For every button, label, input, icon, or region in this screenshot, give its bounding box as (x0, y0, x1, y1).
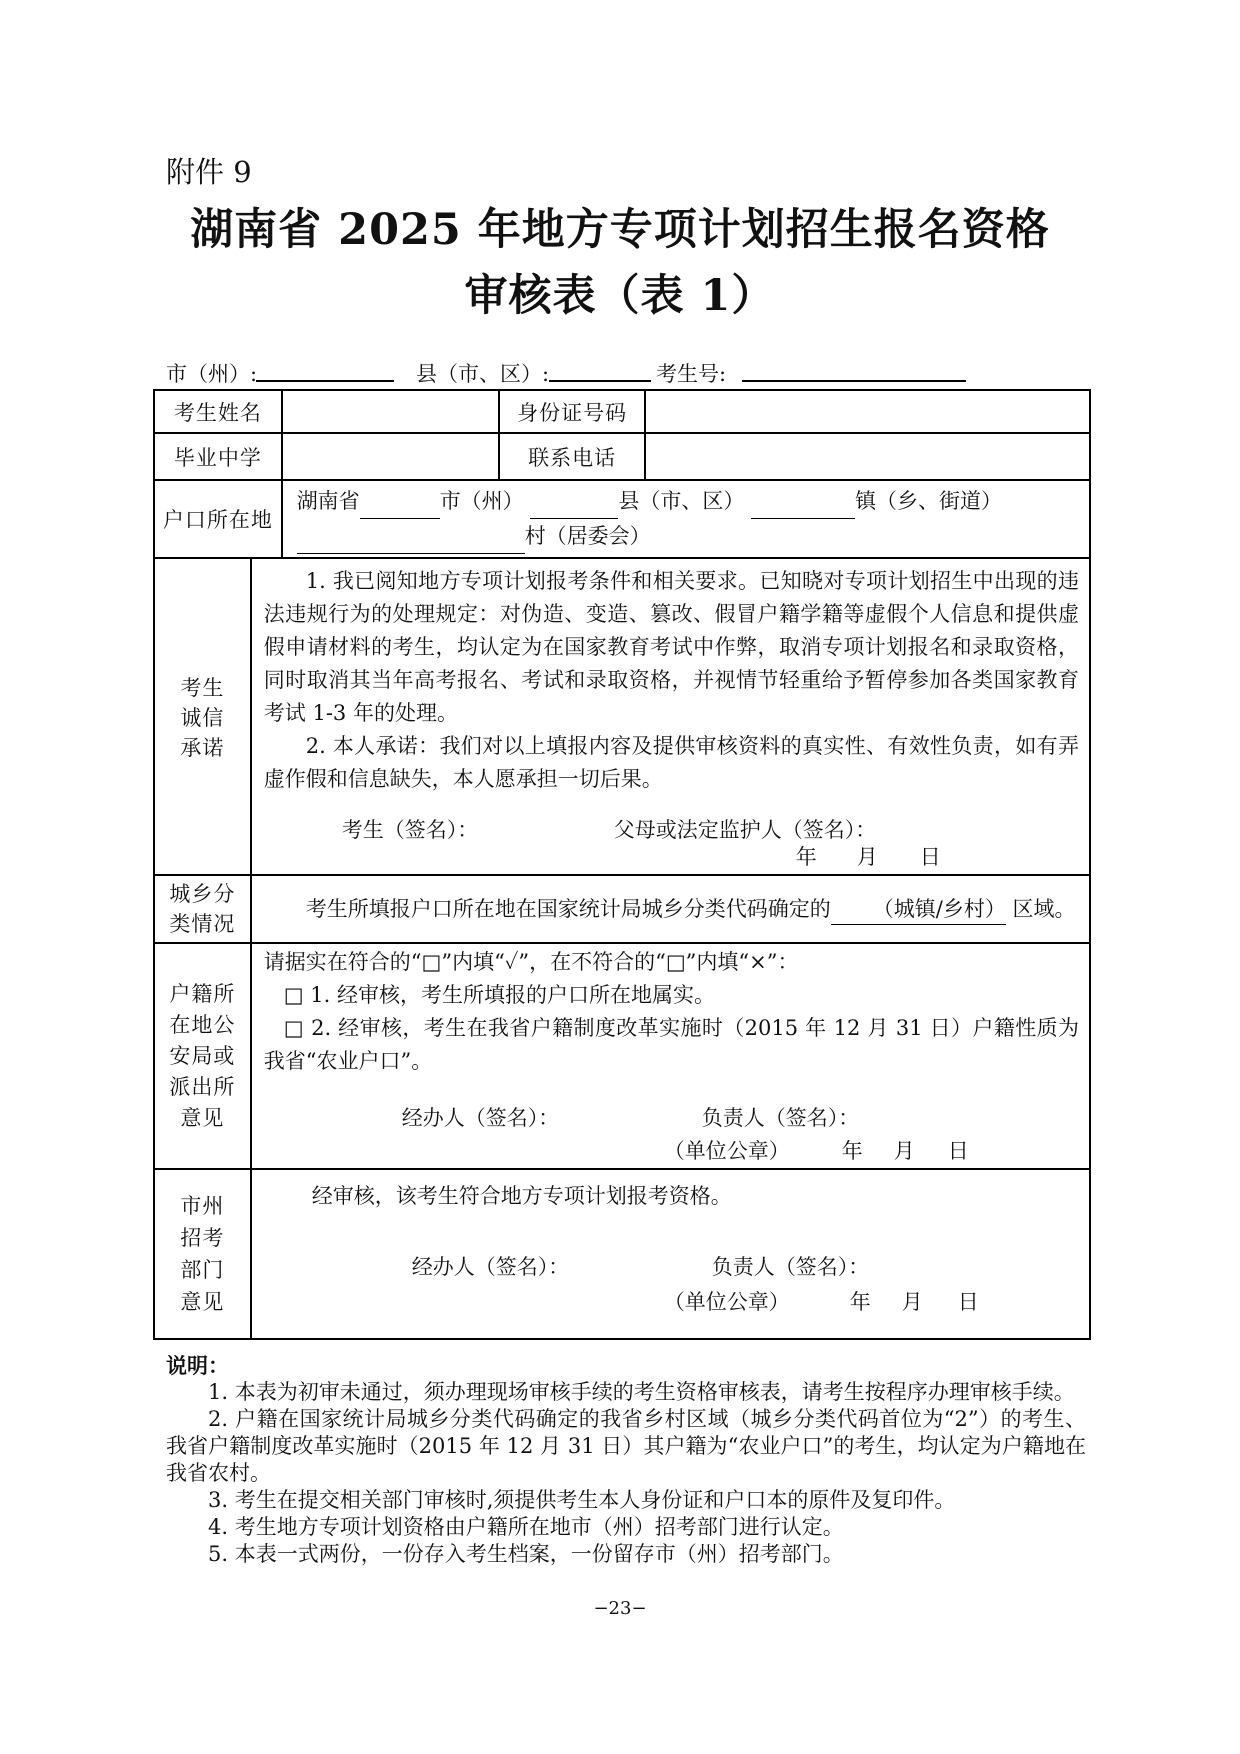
day-label: 日 (948, 1135, 969, 1165)
hukou-town-label: 镇（乡、街道） (855, 489, 1002, 513)
student-name-field[interactable] (282, 390, 500, 433)
month-label: 月 (902, 1286, 923, 1316)
hukou-field: 湖南省 市（州） 县（市、区） 镇（乡、街道） 村（居委会） (282, 480, 1090, 558)
hukou-village-blank[interactable] (297, 519, 525, 554)
leader-signature-label: 负责人（签名）： (702, 1102, 860, 1132)
note-item: 4. 考生地方专项计划资格由户籍所在地市（州）招考部门进行认定。 (166, 1514, 1086, 1541)
police-opinion-label: 户籍所 在地公 安局或 派出所 意见 (154, 943, 251, 1169)
hukou-county-label: 县（市、区） (618, 489, 744, 513)
year-label: 年 (796, 841, 817, 871)
county-label: 县（市、区）: (416, 358, 549, 388)
month-label: 月 (894, 1135, 915, 1165)
school-field[interactable] (282, 433, 500, 480)
police-checkbox-2[interactable]: □ 2. 经审核，考生在我省户籍制度改革实施时（2015 年 12 月 31 日… (252, 1012, 1089, 1078)
year-label: 年 (842, 1135, 863, 1165)
handler-signature-label: 经办人（签名）： (402, 1102, 560, 1132)
document-title: 湖南省 2025 年地方专项计划招生报名资格 (0, 196, 1240, 257)
urban-rural-text-end: 区域。 (1013, 897, 1076, 921)
hukou-city-blank[interactable] (360, 484, 440, 519)
police-opinion-content: 请据实在符合的“□”内填“✓”，在不符合的“□”内填“×”： □ 1. 经审核，… (251, 943, 1090, 1169)
integrity-content: 1. 我已阅知地方专项计划报考条件和相关要求。已知晓对专项计划招生中出现的违法违… (251, 558, 1090, 875)
notes-section: 说明： 1. 本表为初审未通过，须办理现场审核手续的考生资格审核表，请考生按程序… (166, 1352, 1086, 1568)
exam-no-label: 考生号: (656, 358, 726, 388)
year-label: 年 (850, 1286, 871, 1316)
handler-signature-label: 经办人（签名）： (412, 1251, 570, 1281)
day-label: 日 (920, 841, 941, 871)
header-fields: 市（州）: 县（市、区）: 考生号: (166, 358, 1086, 388)
review-form-table: 考生姓名 身份证号码 毕业中学 联系电话 户口所在地 湖南省 市（州） 县（市、… (153, 389, 1091, 1340)
note-item: 5. 本表一式两份，一份存入考生档案，一份留存市（州）招考部门。 (166, 1541, 1086, 1568)
exam-no-field[interactable] (742, 358, 966, 387)
hukou-label: 户口所在地 (154, 480, 282, 558)
urban-rural-label: 城乡分 类情况 (154, 875, 251, 943)
hukou-province: 湖南省 (297, 489, 360, 513)
student-name-label: 考生姓名 (154, 390, 282, 433)
attachment-label: 附件 9 (166, 150, 252, 191)
police-checkbox-1[interactable]: □ 1. 经审核，考生所填报的户口所在地属实。 (252, 979, 1089, 1012)
integrity-para-2: 2. 本人承诺：我们对以上填报内容及提供审核资料的真实性、有效性负责，如有弄虚作… (252, 730, 1089, 796)
city-dept-text: 经审核，该考生符合地方专项计划报考资格。 (252, 1180, 1089, 1213)
id-number-label: 身份证号码 (499, 390, 645, 433)
notes-heading: 说明： (166, 1352, 1086, 1379)
month-label: 月 (857, 841, 878, 871)
note-item: 2. 户籍在国家统计局城乡分类代码确定的我省乡村区域（城乡分类代码首位为“2”）… (166, 1406, 1086, 1487)
city-dept-opinion-content: 经审核，该考生符合地方专项计划报考资格。 经办人（签名）： 负责人（签名）： （… (251, 1169, 1090, 1339)
hukou-town-blank[interactable] (751, 484, 855, 519)
hukou-county-blank[interactable] (530, 484, 618, 519)
police-instruction: 请据实在符合的“□”内填“✓”，在不符合的“□”内填“×”： (252, 946, 1089, 979)
integrity-label: 考生 诚信 承诺 (154, 558, 251, 875)
hukou-city-label: 市（州） (440, 489, 524, 513)
phone-field[interactable] (645, 433, 1090, 480)
seal-label: （单位公章） (664, 1286, 790, 1316)
note-item: 1. 本表为初审未通过，须办理现场审核手续的考生资格审核表，请考生按程序办理审核… (166, 1379, 1086, 1406)
city-dept-opinion-label: 市州 招考 部门 意见 (154, 1169, 251, 1339)
city-field[interactable] (256, 358, 394, 387)
school-label: 毕业中学 (154, 433, 282, 480)
urban-rural-choice[interactable]: （城镇/乡村） (831, 894, 1006, 925)
integrity-para-1: 1. 我已阅知地方专项计划报考条件和相关要求。已知晓对专项计划招生中出现的违法违… (252, 565, 1089, 730)
city-label: 市（州）: (166, 358, 257, 388)
note-item: 3. 考生在提交相关部门审核时,须提供考生本人身份证和户口本的原件及复印件。 (166, 1487, 1086, 1514)
student-signature-label: 考生（签名）： (342, 814, 479, 844)
guardian-signature-label: 父母或法定监护人（签名）： (614, 814, 877, 844)
urban-rural-content: 考生所填报户口所在地在国家统计局城乡分类代码确定的（城镇/乡村） 区域。 (251, 875, 1090, 943)
leader-signature-label: 负责人（签名）： (712, 1251, 870, 1281)
page-number: −23− (0, 1598, 1240, 1619)
id-number-field[interactable] (645, 390, 1090, 433)
phone-label: 联系电话 (499, 433, 645, 480)
hukou-village-label: 村（居委会） (525, 524, 651, 548)
urban-rural-text: 考生所填报户口所在地在国家统计局城乡分类代码确定的 (306, 897, 831, 921)
document-title-line2: 审核表（表 1） (0, 262, 1240, 323)
seal-label: （单位公章） (664, 1135, 790, 1165)
day-label: 日 (958, 1286, 979, 1316)
county-field[interactable] (549, 358, 651, 387)
